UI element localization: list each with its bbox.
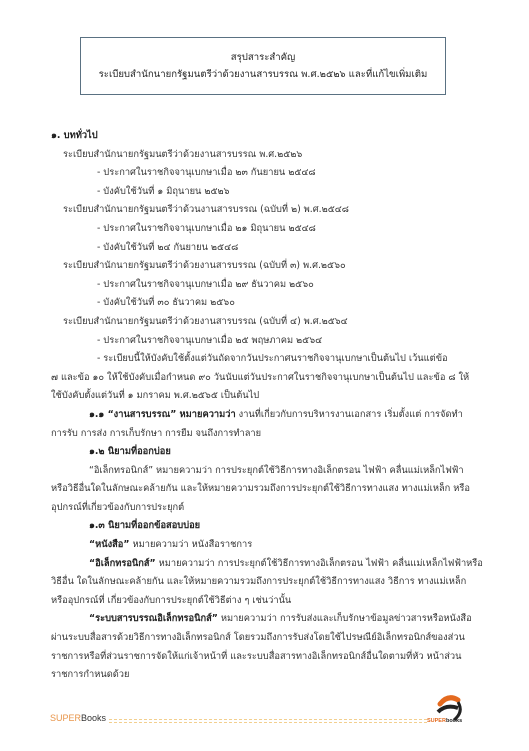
regulation-title: ระเบียบสำนักนายกรัฐมนตรีว่าด้วยงานสารบรร… xyxy=(51,146,503,165)
regulation-title: ระเบียบสำนักนายกรัฐมนตรีว่าด้วยงานสารบรร… xyxy=(51,257,503,276)
term-electronic: “อิเล็กทรอนิกส์” xyxy=(89,558,156,569)
definition-line: หรือวิธีอื่นใดในลักษณะคล้ายกัน และให้หมา… xyxy=(51,480,503,499)
document-body: ๑. บททั่วไป ระเบียบสำนักนายกรัฐมนตรีว่าด… xyxy=(51,127,503,685)
definition-esystem: “ระบบสารบรรณอิเล็กทรอนิกส์” หมายความว่า … xyxy=(51,610,503,629)
section-heading: ๑. บททั่วไป xyxy=(51,127,503,146)
summary-title-box: สรุปสาระสำคัญ ระเบียบสำนักนายกรัฐมนตรีว่… xyxy=(80,37,446,95)
logo-wordmark: SUPERbooks xyxy=(427,718,462,724)
term-book-text: หมายความว่า หนังสือราชการ xyxy=(130,539,253,550)
regulation-item: - ประกาศในราชกิจจานุเบกษาเมื่อ ๒๙ ธันวาค… xyxy=(51,276,503,295)
definition-book: “หนังสือ” หมายความว่า หนังสือราชการ xyxy=(51,536,503,555)
title-line-1: สรุปสาระสำคัญ xyxy=(231,49,295,66)
subsection-1-1: ๑.๑ “งานสารบรรณ” หมายความว่า งานที่เกี่ย… xyxy=(51,406,503,425)
regulation-item: - ประกาศในราชกิจจานุเบกษาเมื่อ ๒๕ พฤษภาค… xyxy=(51,332,503,351)
term-electronic-text: หมายความว่า การประยุกต์ใช้วิธีการทางอิเล… xyxy=(156,558,483,569)
definition-line: ผ่านระบบสื่อสารด้วยวิธีการทางอิเล็กทรอนิ… xyxy=(51,629,503,648)
regulation-title: ระเบียบสำนักนายกรัฐมนตรีว่าด้วนงานสารบรร… xyxy=(51,201,503,220)
superbooks-logo-icon xyxy=(428,692,468,732)
regulation-title: ระเบียบสำนักนายกรัฐมนตรีว่าด้วยงานสารบรร… xyxy=(51,313,503,332)
logo-super: SUPER xyxy=(427,718,446,724)
brand-super: SUPER xyxy=(50,713,81,723)
definition-line: หรืออุปกรณ์ที่ เกี่ยวข้องกับการประยุกต์ใ… xyxy=(51,592,503,611)
title-line-2: ระเบียบสำนักนายกรัฐมนตรีว่าด้วยงานสารบรร… xyxy=(99,66,428,83)
brand-books: Books xyxy=(81,713,106,723)
effective-note-line: ใช้บังคับตั้งแต่วันที่ ๑ มกราคม พ.ศ.๒๕๖๕… xyxy=(51,387,503,406)
regulation-item: - บังคับใช้วันที่ ๒๔ กันยายน ๒๕๔๘ xyxy=(51,239,503,258)
regulation-item: - ประกาศในราชกิจจานุเบกษาเมื่อ ๒๓ กันยาย… xyxy=(51,164,503,183)
subsection-1-2-heading: ๑.๒ นิยามที่ออกบ่อย xyxy=(51,443,503,462)
regulation-item: - บังคับใช้วันที่ ๑ มิถุนายน ๒๕๒๖ xyxy=(51,183,503,202)
definition-line: วิธีอื่น ใดในลักษณะคล้ายกัน และให้หมายคว… xyxy=(51,573,503,592)
definition-line: ราชการหรือที่ส่วนราชการจัดให้แก่เจ้าหน้า… xyxy=(51,648,503,667)
term-book: “หนังสือ” xyxy=(89,539,130,550)
subsection-1-1-cont: การรับ การส่ง การเก็บรักษา การยืม จนถึงก… xyxy=(51,425,503,444)
definition-line: “อิเล็กทรอนิกส์” หมายความว่า การประยุกต์… xyxy=(51,462,503,481)
term-esystem-text: หมายความว่า การรับส่งและเก็บรักษาข้อมูลข… xyxy=(218,613,472,624)
effective-note-line: ๗ และข้อ ๑๐ ให้ใช้บังคับเมื่อกำหนด ๙๐ วั… xyxy=(51,369,503,388)
definition-line: อุปกรณ์ที่เกี่ยวข้องกับการประยุกต์ xyxy=(51,499,503,518)
footer-dashed-rule xyxy=(109,719,427,723)
page-footer: SUPERBooks SUPERbooks xyxy=(0,700,529,740)
definition-electronic: “อิเล็กทรอนิกส์” หมายความว่า การประยุกต์… xyxy=(51,555,503,574)
subsection-1-1-text: งานที่เกี่ยวกับการบริหารงานเอกสาร เริ่มต… xyxy=(236,409,463,420)
logo-books: books xyxy=(446,718,462,724)
definition-line: ราชการกำหนดด้วย xyxy=(51,666,503,685)
document-page: สรุปสาระสำคัญ ระเบียบสำนักนายกรัฐมนตรีว่… xyxy=(0,0,529,751)
footer-brand: SUPERBooks xyxy=(50,713,106,723)
regulation-item: - ประกาศในราชกิจจานุเบกษาเมื่อ ๒๑ มิถุนา… xyxy=(51,220,503,239)
subsection-1-3-heading: ๑.๓ นิยามที่ออกข้อสอบบ่อย xyxy=(51,517,503,536)
subsection-1-1-term: ๑.๑ “งานสารบรรณ” หมายความว่า xyxy=(89,409,236,420)
effective-note-line: - ระเบียบนี้ให้บังคับใช้ตั้งแต่วันถัดจาก… xyxy=(51,350,503,369)
regulation-item: - บังคับใช้วันที่ ๓๐ ธันวาคม ๒๕๖๐ xyxy=(51,294,503,313)
term-esystem: “ระบบสารบรรณอิเล็กทรอนิกส์” xyxy=(89,613,218,624)
